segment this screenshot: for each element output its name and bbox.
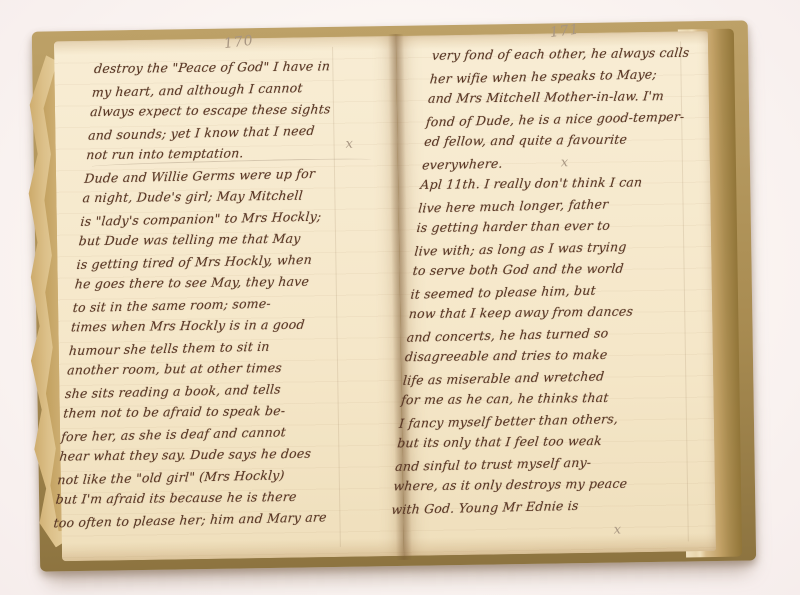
handwritten-text-right-page: very fond of each other, he always calls…	[391, 41, 733, 519]
pencil-x-mark: x	[561, 155, 569, 170]
diary-photo: 170 171 destroy the "Peace of God" I hav…	[0, 0, 800, 595]
handwritten-text-left-page: destroy the "Peace of God" I have inmy h…	[53, 54, 411, 533]
pencil-x-mark: x	[614, 522, 622, 537]
open-diary-book: 170 171 destroy the "Peace of God" I hav…	[32, 20, 756, 577]
pencil-x-mark: x	[345, 137, 353, 152]
